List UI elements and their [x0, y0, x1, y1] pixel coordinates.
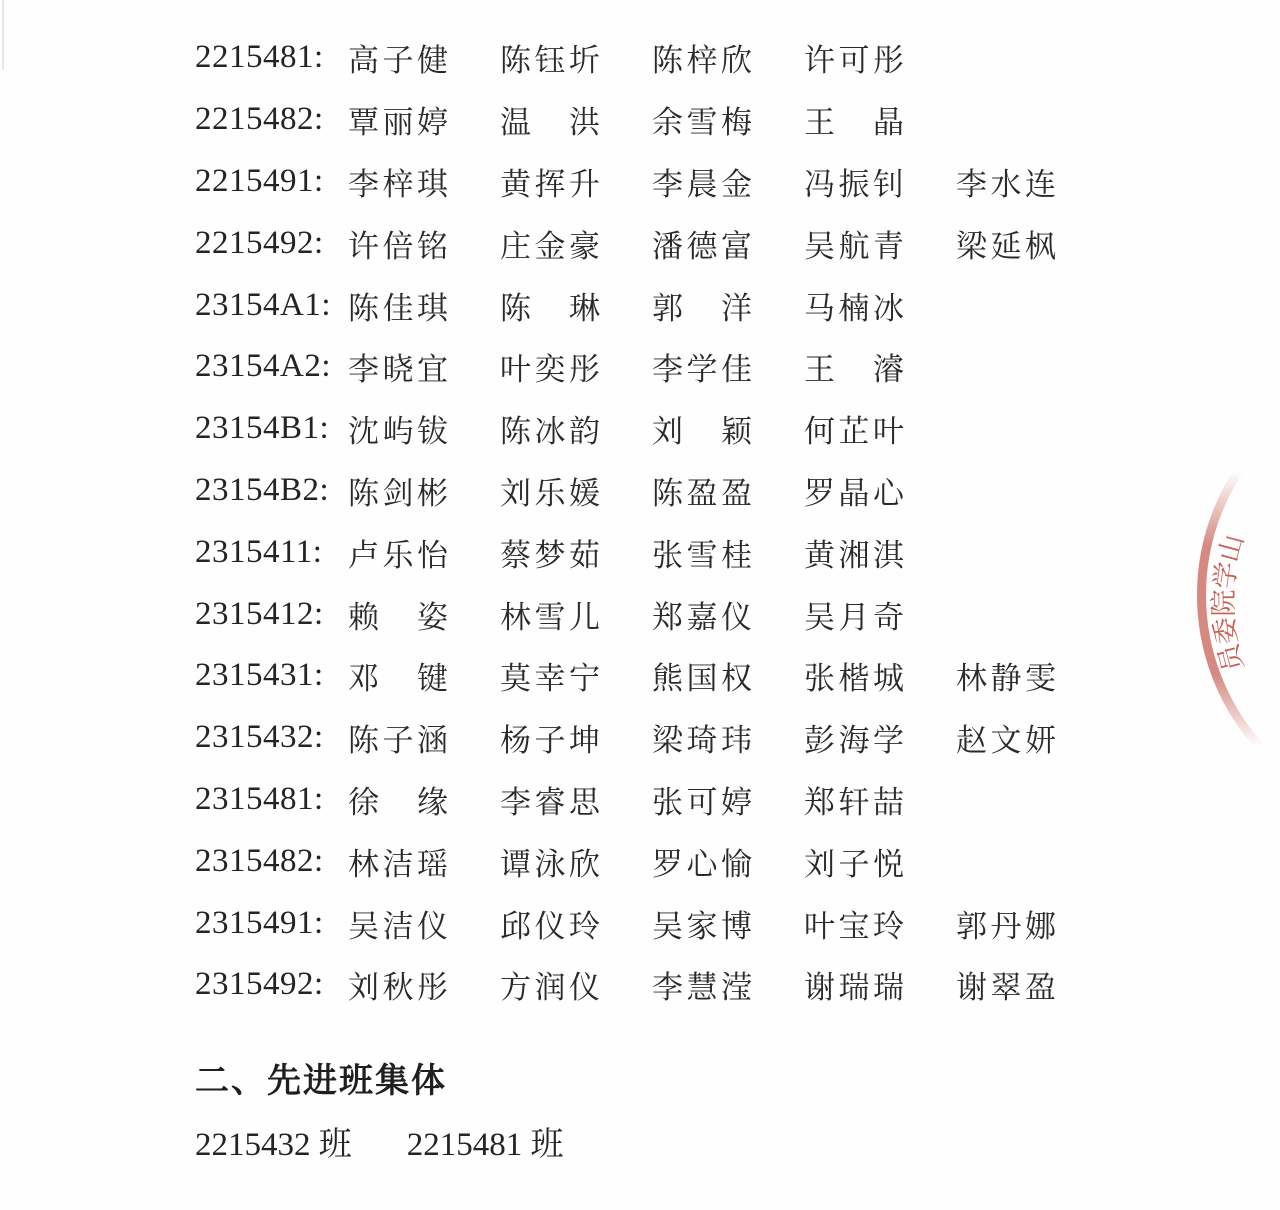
student-name: 刘子悦	[804, 839, 904, 884]
roster-row: 2215481:高子健陈钰圻陈梓欣许可彤	[195, 27, 1108, 89]
roster-row: 2315492:刘秋彤方润仪李慧滢谢瑞瑞谢翠盈	[195, 954, 1108, 1016]
student-name: 郑轩喆	[804, 777, 904, 822]
student-name: 谢翠盈	[956, 962, 1056, 1007]
student-name: 李学佳	[652, 344, 752, 389]
student-name: 陈子涵	[348, 715, 448, 760]
student-name: 郭丹娜	[956, 901, 1056, 946]
student-name: 林洁瑶	[348, 839, 448, 884]
class-id: 2315411:	[195, 534, 348, 571]
student-name: 王晶	[804, 97, 904, 142]
class-id: 2315481:	[195, 781, 348, 818]
student-name: 王濬	[804, 344, 904, 389]
class-id: 23154B2:	[195, 472, 348, 509]
student-name: 陈剑彬	[348, 468, 448, 513]
student-name: 何芷叶	[804, 406, 904, 451]
student-name: 陈琳	[500, 283, 600, 328]
roster-row: 2215492:许倍铭庄金豪潘德富吴航青梁延枫	[195, 212, 1108, 274]
student-name: 李晓宜	[348, 344, 448, 389]
student-name: 刘颖	[652, 406, 752, 451]
class-id: 2215491:	[195, 163, 348, 200]
student-name: 陈梓欣	[652, 35, 752, 80]
class-id: 2315492:	[195, 966, 348, 1003]
student-name: 吴航青	[804, 221, 904, 266]
class-id: 2315482:	[195, 843, 348, 880]
advanced-class-item: 2215481 班	[407, 1118, 564, 1165]
class-id: 2315491:	[195, 905, 348, 942]
student-name: 谢瑞瑞	[804, 962, 904, 1007]
student-name: 黄挥升	[500, 159, 600, 204]
student-name: 高子健	[348, 35, 448, 80]
student-name: 冯振钊	[804, 159, 904, 204]
roster-row: 2315432:陈子涵杨子坤梁琦玮彭海学赵文妍	[195, 707, 1108, 769]
student-name: 罗心愉	[652, 839, 752, 884]
student-name: 彭海学	[804, 715, 904, 760]
roster-row: 2315482:林洁瑶谭泳欣罗心愉刘子悦	[195, 830, 1108, 892]
student-name: 许倍铭	[348, 221, 448, 266]
student-name: 卢乐怡	[348, 530, 448, 575]
seal-character: 委	[1209, 614, 1243, 648]
student-name: 陈佳琪	[348, 283, 448, 328]
class-id: 23154A1:	[195, 287, 348, 324]
roster-row: 23154B1:沈屿钹陈冰韵刘颖何芷叶	[195, 398, 1108, 460]
student-name: 温洪	[500, 97, 600, 142]
class-id: 2315431:	[195, 657, 348, 694]
student-name: 陈盈盈	[652, 468, 752, 513]
roster-row: 23154A1:陈佳琪陈琳郭洋马楠冰	[195, 274, 1108, 336]
roster-row: 2315411:卢乐怡蔡梦茹张雪桂黄湘淇	[195, 521, 1108, 583]
roster-row: 2315481:徐缘李睿思张可婷郑轩喆	[195, 769, 1108, 831]
class-id: 23154A2:	[195, 348, 348, 385]
class-id: 23154B1:	[195, 410, 348, 447]
student-name: 吴家博	[652, 901, 752, 946]
class-id: 2315432:	[195, 719, 348, 756]
student-name: 李睿思	[500, 777, 600, 822]
student-name: 赖姿	[348, 592, 448, 637]
roster-row: 2215491:李梓琪黄挥升李晨金冯振钊李水连	[195, 151, 1108, 213]
student-name: 叶宝玲	[804, 901, 904, 946]
student-name: 张可婷	[652, 777, 752, 822]
class-id: 2315412:	[195, 596, 348, 633]
roster-row: 2315491:吴洁仪邱仪玲吴家博叶宝玲郭丹娜	[195, 892, 1108, 954]
student-name: 黄湘淇	[804, 530, 904, 575]
student-name: 杨子坤	[500, 715, 600, 760]
student-name: 邱仪玲	[500, 901, 600, 946]
seal-character: 院	[1209, 588, 1239, 618]
student-name: 马楠冰	[804, 283, 904, 328]
roster: 2215481:高子健陈钰圻陈梓欣许可彤2215482:覃丽婷温洪余雪梅王晶22…	[195, 27, 1108, 1016]
roster-row: 23154A2:李晓宜叶奕彤李学佳王濬	[195, 336, 1108, 398]
student-name: 张雪桂	[652, 530, 752, 575]
seal-character: 学	[1209, 558, 1243, 592]
student-name: 庄金豪	[500, 221, 600, 266]
student-name: 郭洋	[652, 283, 752, 328]
roster-row: 2215482:覃丽婷温洪余雪梅王晶	[195, 89, 1108, 151]
student-name: 李水连	[956, 159, 1056, 204]
class-id: 2215481:	[195, 39, 348, 76]
student-name: 吴洁仪	[348, 901, 448, 946]
student-name: 梁延枫	[956, 221, 1056, 266]
student-name: 赵文妍	[956, 715, 1056, 760]
student-name: 蔡梦茹	[500, 530, 600, 575]
student-name: 沈屿钹	[348, 406, 448, 451]
student-name: 潘德富	[652, 221, 752, 266]
student-name: 郑嘉仪	[652, 592, 752, 637]
student-name: 熊国权	[652, 653, 752, 698]
student-name: 林雪儿	[500, 592, 600, 637]
advanced-class-list: 2215432 班2215481 班	[195, 1118, 619, 1165]
seal-character: 员	[1213, 639, 1250, 676]
student-name: 余雪梅	[652, 97, 752, 142]
student-name: 徐缘	[348, 777, 448, 822]
student-name: 林静雯	[956, 653, 1056, 698]
roster-row: 23154B2:陈剑彬刘乐媛陈盈盈罗晶心	[195, 460, 1108, 522]
student-name: 陈钰圻	[500, 35, 600, 80]
student-name: 许可彤	[804, 35, 904, 80]
class-id: 2215482:	[195, 101, 348, 138]
official-seal: 山学院委员	[1185, 465, 1280, 755]
roster-row: 2315412:赖姿林雪儿郑嘉仪吴月奇	[195, 583, 1108, 645]
student-name: 李慧滢	[652, 962, 752, 1007]
scan-edge-artifact	[2, 0, 4, 70]
student-name: 罗晶心	[804, 468, 904, 513]
student-name: 谭泳欣	[500, 839, 600, 884]
student-name: 覃丽婷	[348, 97, 448, 142]
student-name: 李晨金	[652, 159, 752, 204]
student-name: 方润仪	[500, 962, 600, 1007]
section-heading: 二、先进班集体	[195, 1053, 447, 1102]
scanned-document-page: 2215481:高子健陈钰圻陈梓欣许可彤2215482:覃丽婷温洪余雪梅王晶22…	[0, 0, 1280, 1210]
student-name: 莫幸宁	[500, 653, 600, 698]
student-name: 吴月奇	[804, 592, 904, 637]
roster-row: 2315431:邓键莫幸宁熊国权张楷城林静雯	[195, 645, 1108, 707]
student-name: 叶奕彤	[500, 344, 600, 389]
student-name: 刘秋彤	[348, 962, 448, 1007]
student-name: 邓键	[348, 653, 448, 698]
student-name: 梁琦玮	[652, 715, 752, 760]
seal-ring-icon	[1197, 465, 1280, 755]
student-name: 刘乐媛	[500, 468, 600, 513]
student-name: 李梓琪	[348, 159, 448, 204]
advanced-class-item: 2215432 班	[195, 1118, 352, 1165]
seal-character: 山	[1213, 530, 1250, 567]
student-name: 张楷城	[804, 653, 904, 698]
student-name: 陈冰韵	[500, 406, 600, 451]
class-id: 2215492:	[195, 225, 348, 262]
